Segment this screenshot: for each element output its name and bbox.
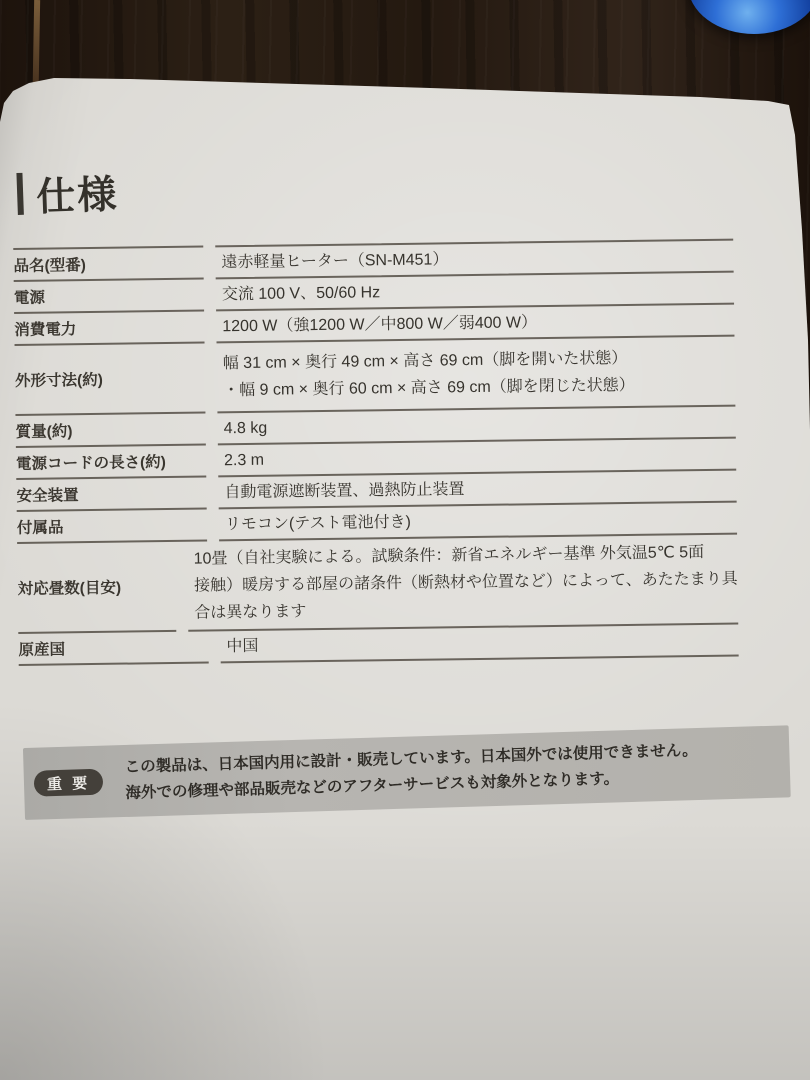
- row-label: 消費電力: [14, 312, 204, 346]
- page-content: 仕様 品名(型番) 遠赤軽量ヒーター（SN-M451） 電源 交流 100 V、…: [16, 160, 796, 1060]
- blue-object: [688, 0, 810, 34]
- spec-table: 品名(型番) 遠赤軽量ヒーター（SN-M451） 電源 交流 100 V、50/…: [13, 239, 738, 666]
- table-row-dimensions: 外形寸法(約) 幅 31 cm × 奥行 49 cm × 高さ 69 cm（脚を…: [15, 337, 736, 416]
- value-line: 中国: [226, 626, 738, 660]
- important-badge: 重 要: [34, 769, 104, 797]
- row-label: 対応畳数(目安): [17, 542, 176, 634]
- row-value: 中国: [220, 625, 738, 664]
- important-notice-band: 重 要 この製品は、日本国内用に設計・販売しています。日本国外では使用できません…: [23, 725, 791, 820]
- table-row-room-size: 対応畳数(目安) 10畳（自社実験による。試験条件：新省エネルギー基準 外気温5…: [17, 535, 738, 634]
- row-value: 幅 31 cm × 奥行 49 cm × 高さ 69 cm（脚を開いた状態） ・…: [217, 337, 736, 414]
- notice-text: この製品は、日本国内用に設計・販売しています。日本国外では使用できません。 海外…: [124, 738, 698, 807]
- value-line: 1200 W（強1200 W／中800 W／弱400 W）: [222, 306, 734, 340]
- value-line: 自動電源遮断装置、過熱防止装置: [224, 472, 736, 506]
- value-line: 合は異なります: [194, 592, 738, 626]
- row-value: 10畳（自社実験による。試験条件：新省エネルギー基準 外気温5℃ 5面 接触）暖…: [187, 535, 738, 632]
- row-label: 付属品: [17, 510, 207, 544]
- page-title: 仕様: [36, 175, 119, 217]
- row-label: 質量(約): [15, 414, 205, 448]
- row-label: 原産国: [18, 631, 208, 665]
- row-label: 電源: [14, 280, 204, 314]
- value-line: 遠赤軽量ヒーター（SN-M451）: [221, 242, 733, 276]
- row-label: 外形寸法(約): [15, 344, 206, 416]
- value-line: ・幅 9 cm × 奥行 60 cm × 高さ 69 cm（脚を閉じた状態）: [223, 371, 735, 405]
- row-label: 安全装置: [16, 478, 206, 512]
- value-line: リモコン(テスト電池付き): [225, 504, 737, 538]
- photo-background: 仕様 品名(型番) 遠赤軽量ヒーター（SN-M451） 電源 交流 100 V、…: [0, 0, 810, 1080]
- value-line: 交流 100 V、50/60 Hz: [222, 274, 734, 308]
- title-marker-bar: [16, 173, 23, 215]
- value-line: 4.8 kg: [223, 408, 735, 442]
- value-line: 2.3 m: [224, 440, 736, 474]
- row-label: 品名(型番): [13, 246, 203, 282]
- row-label: 電源コードの長さ(約): [16, 446, 206, 480]
